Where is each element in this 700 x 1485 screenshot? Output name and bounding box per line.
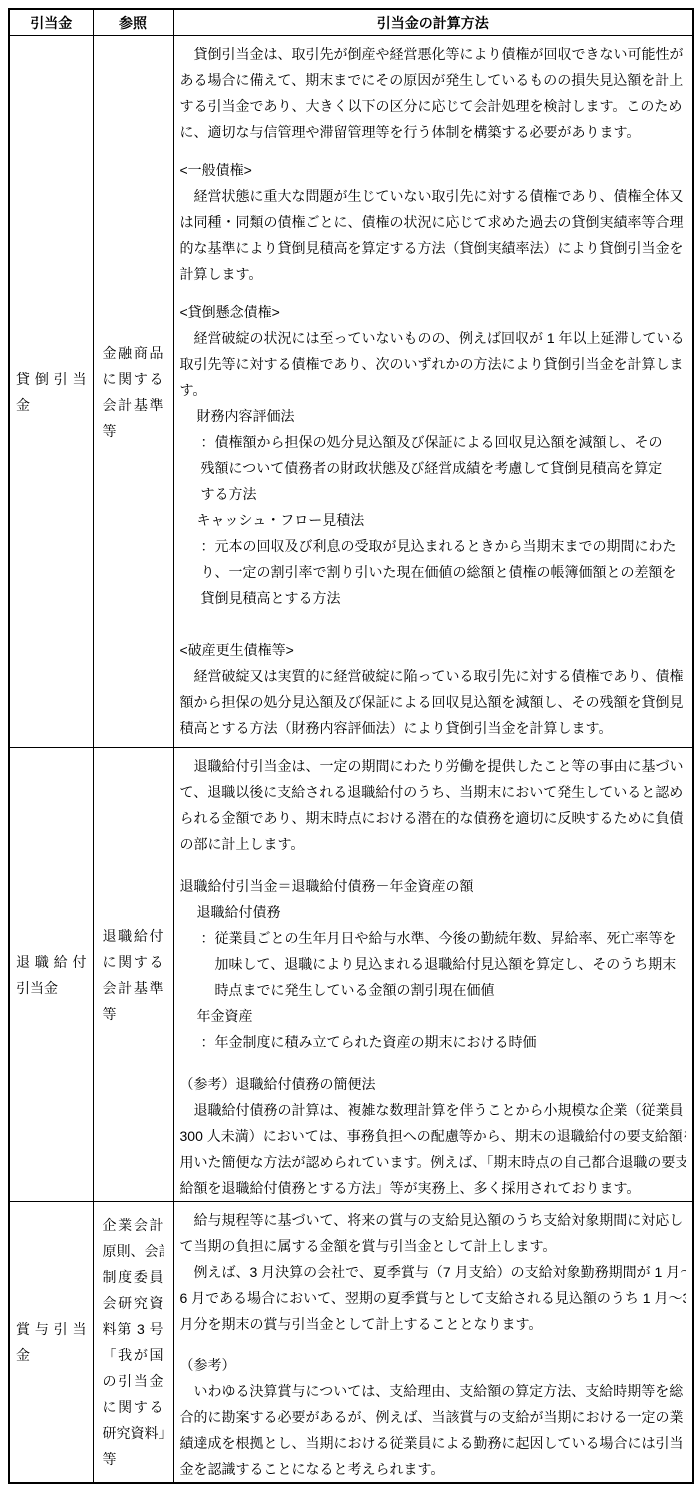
text-line: 給与規程等に基づいて、将来の賞与の支給見込額のうち支給対象期間に対応し (180, 1207, 687, 1233)
text-line: り、一定の割引率で割り引いた現在価値の総額と債権の帳簿価額との差額を (180, 559, 687, 585)
table-row: 賞与引当金企業会計原則、会計制度委員会研究資料第 3 号「我が国の引当金に関する… (9, 1202, 693, 1484)
text-line: ：従業員ごとの生年月日や給与水準、今後の勤続年数、昇給率、死亡率等を (180, 925, 687, 951)
table-header: 引当金 参照 引当金の計算方法 (9, 9, 693, 36)
text-line: 取引先等に対する債権であり、次のいずれかの方法により貸倒引当金を計算しま (180, 351, 687, 377)
text-line: 退職給付債務の計算は、複雑な数理計算を伴うことから小規模な企業（従業員 (180, 1097, 687, 1123)
text-line: 等 (103, 1446, 164, 1472)
text-line: 退職給付債務 (180, 899, 687, 925)
text-line: 的な基準により貸倒見積高を算定する方法（貸倒実績率法）により貸倒引当金を (180, 235, 687, 261)
text-line: <貸倒懸念債権> (180, 299, 687, 325)
text-line: ：元本の回収及び利息の受取が見込まれるときから当期末までの期間にわた (180, 533, 687, 559)
text-line: ：年金制度に積み立てられた資産の期末における時価 (180, 1029, 687, 1055)
text-line: て、退職以後に支給される退職給付のうち、当期末において発生していると認め (180, 779, 687, 805)
provision-name-cell: 退職給付引当金 (9, 748, 93, 1202)
text-line: 例えば、3 月決算の会社で、夏季賞与（7 月支給）の支給対象勤務期間が 1 月～ (180, 1259, 687, 1285)
text-line: 6 月である場合において、翌期の夏季賞与として支給される見込額のうち 1 月～3 (180, 1285, 687, 1311)
text-line: 経営破綻の状況には至っていないものの、例えば回収が 1 年以上延滞している (180, 325, 687, 351)
text-line: する引当金であり、大きく以下の区分に応じて会計処理を検討します。このため (180, 93, 687, 119)
provisions-table: 引当金 参照 引当金の計算方法 貸倒引当金金融商品に関する会計基準等 貸倒引当金… (8, 8, 694, 1484)
text-line: 合的に勘案する必要があるが、例えば、当該賞与の支給が当期における一定の業 (180, 1404, 687, 1430)
text-line: 月分を期末の賞与引当金として計上することとなります。 (180, 1311, 687, 1337)
text-line: は同種・同類の債権ごとに、債権の状況に応じて求めた過去の貸倒実績率等合理 (180, 209, 687, 235)
text-line: に関する (103, 1394, 164, 1420)
table-row: 退職給付引当金退職給付に関する会計基準等 退職給付引当金は、一定の期間にわたり労… (9, 748, 693, 1202)
calculation-method-cell: 給与規程等に基づいて、将来の賞与の支給見込額のうち支給対象期間に対応して当期の負… (173, 1202, 693, 1484)
text-line: 退職給付 (103, 923, 164, 949)
text-line: ある場合に備えて、期末までにその原因が発生しているものの損失見込額を計上 (180, 67, 687, 93)
text-line: 会研究資 (103, 1290, 164, 1316)
text-line: 等 (103, 1001, 164, 1027)
text-line: 貸倒見積高とする方法 (180, 585, 687, 611)
text-line: いわゆる決算賞与については、支給理由、支給額の算定方法、支給時期等を総 (180, 1378, 687, 1404)
text-line: て当期の負担に属する金額を賞与引当金として計上します。 (180, 1233, 687, 1259)
text-line: 制度委員 (103, 1264, 164, 1290)
text-line: 退職給付 (16, 949, 87, 975)
text-line: （参考）退職給付債務の簡便法 (180, 1071, 687, 1097)
text-line: 貸倒引当 (16, 366, 87, 392)
text-line: 金 (16, 392, 87, 418)
paragraph-gap (180, 857, 687, 873)
text-line: 退職給付引当金＝退職給付債務－年金資産の額 (180, 873, 687, 899)
text-line: 退職給付引当金は、一定の期間にわたり労働を提供したこと等の事由に基づい (180, 753, 687, 779)
calculation-method-cell: 貸倒引当金は、取引先が倒産や経営悪化等により債権が回収できない可能性がある場合に… (173, 36, 693, 748)
text-line: 貸倒引当金は、取引先が倒産や経営悪化等により債権が回収できない可能性が (180, 41, 687, 67)
text-line: に関する (103, 366, 164, 392)
text-line: 「我が国 (103, 1342, 164, 1368)
text-line: ：債権額から担保の処分見込額及び保証による回収見込額を減額し、その (180, 429, 687, 455)
text-line: する方法 (180, 481, 687, 507)
header-provision: 引当金 (9, 9, 93, 36)
reference-cell: 退職給付に関する会計基準等 (93, 748, 173, 1202)
text-line: 年金資産 (180, 1003, 687, 1029)
provision-name-cell: 賞与引当金 (9, 1202, 93, 1484)
text-line: 会計基準 (103, 975, 164, 1001)
text-line: （参考） (180, 1352, 687, 1378)
paragraph-gap (180, 287, 687, 299)
text-line: 賞与引当 (16, 1316, 87, 1342)
text-line: 研究資料」 (103, 1420, 164, 1446)
text-line: 金 (16, 1342, 87, 1368)
text-line: 積高とする方法（財務内容評価法）により貸倒引当金を計算します。 (180, 715, 687, 741)
paragraph-gap (180, 145, 687, 157)
text-line: す。 (180, 377, 687, 403)
paragraph-gap (180, 611, 687, 637)
text-line: キャッシュ・フロー見積法 (180, 507, 687, 533)
text-line: <一般債権> (180, 157, 687, 183)
text-line: 企業会計 (103, 1212, 164, 1238)
document-page: { "header": { "col1": "引当金", "col2": "参照… (0, 0, 700, 1485)
reference-cell: 企業会計原則、会計制度委員会研究資料第 3 号「我が国の引当金に関する研究資料」… (93, 1202, 173, 1484)
paragraph-gap (180, 1337, 687, 1352)
header-row: 引当金 参照 引当金の計算方法 (9, 9, 693, 36)
header-reference: 参照 (93, 9, 173, 36)
text-line: 給額を退職給付債務とする方法」等が実務上、多く採用されております。 (180, 1175, 687, 1201)
text-line: られる金額であり、期末時点における潜在的な債務を適切に反映するために負債 (180, 805, 687, 831)
reference-cell: 金融商品に関する会計基準等 (93, 36, 173, 748)
text-line: の部に計上します。 (180, 831, 687, 857)
text-line: 金を認識することになると考えられます。 (180, 1456, 687, 1482)
text-line: 計算します。 (180, 261, 687, 287)
text-line: に関する (103, 949, 164, 975)
text-line: 会計基準 (103, 392, 164, 418)
text-line: 等 (103, 418, 164, 444)
text-line: に、適切な与信管理や滞留管理等を行う体制を構築する必要があります。 (180, 119, 687, 145)
text-line: 金融商品 (103, 340, 164, 366)
text-line: 原則、会計 (103, 1238, 164, 1264)
text-line: 額から担保の処分見込額及び保証による回収見込額を減額し、その残額を貸倒見 (180, 689, 687, 715)
calculation-method-cell: 退職給付引当金は、一定の期間にわたり労働を提供したこと等の事由に基づいて、退職以… (173, 748, 693, 1202)
text-line: 引当金 (16, 975, 87, 1001)
table-row: 貸倒引当金金融商品に関する会計基準等 貸倒引当金は、取引先が倒産や経営悪化等によ… (9, 36, 693, 748)
provision-name-cell: 貸倒引当金 (9, 36, 93, 748)
text-line: 加味して、退職により見込まれる退職給付見込額を算定し、そのうち期末 (180, 951, 687, 977)
text-line: 料第 3 号 (103, 1316, 164, 1342)
table-body: 貸倒引当金金融商品に関する会計基準等 貸倒引当金は、取引先が倒産や経営悪化等によ… (9, 36, 693, 1484)
text-line: 時点までに発生している金額の割引現在価値 (180, 977, 687, 1003)
text-line: 300 人未満）においては、事務負担への配慮等から、期末の退職給付の要支給額を (180, 1123, 687, 1149)
text-line: の引当金 (103, 1368, 164, 1394)
text-line: 績達成を根拠とし、当期における従業員による勤務に起因している場合には引当 (180, 1430, 687, 1456)
text-line: 経営破綻又は実質的に経営破綻に陥っている取引先に対する債権であり、債権 (180, 663, 687, 689)
header-calculation-method: 引当金の計算方法 (173, 9, 693, 36)
text-line: 経営状態に重大な問題が生じていない取引先に対する債権であり、債権全体又 (180, 183, 687, 209)
text-line: 用いた簡便な方法が認められています。例えば、「期末時点の自己都合退職の要支 (180, 1149, 687, 1175)
text-line: <破産更生債権等> (180, 637, 687, 663)
text-line: 財務内容評価法 (180, 403, 687, 429)
text-line: 残額について債務者の財政状態及び経営成績を考慮して貸倒見積高を算定 (180, 455, 687, 481)
paragraph-gap (180, 1055, 687, 1071)
